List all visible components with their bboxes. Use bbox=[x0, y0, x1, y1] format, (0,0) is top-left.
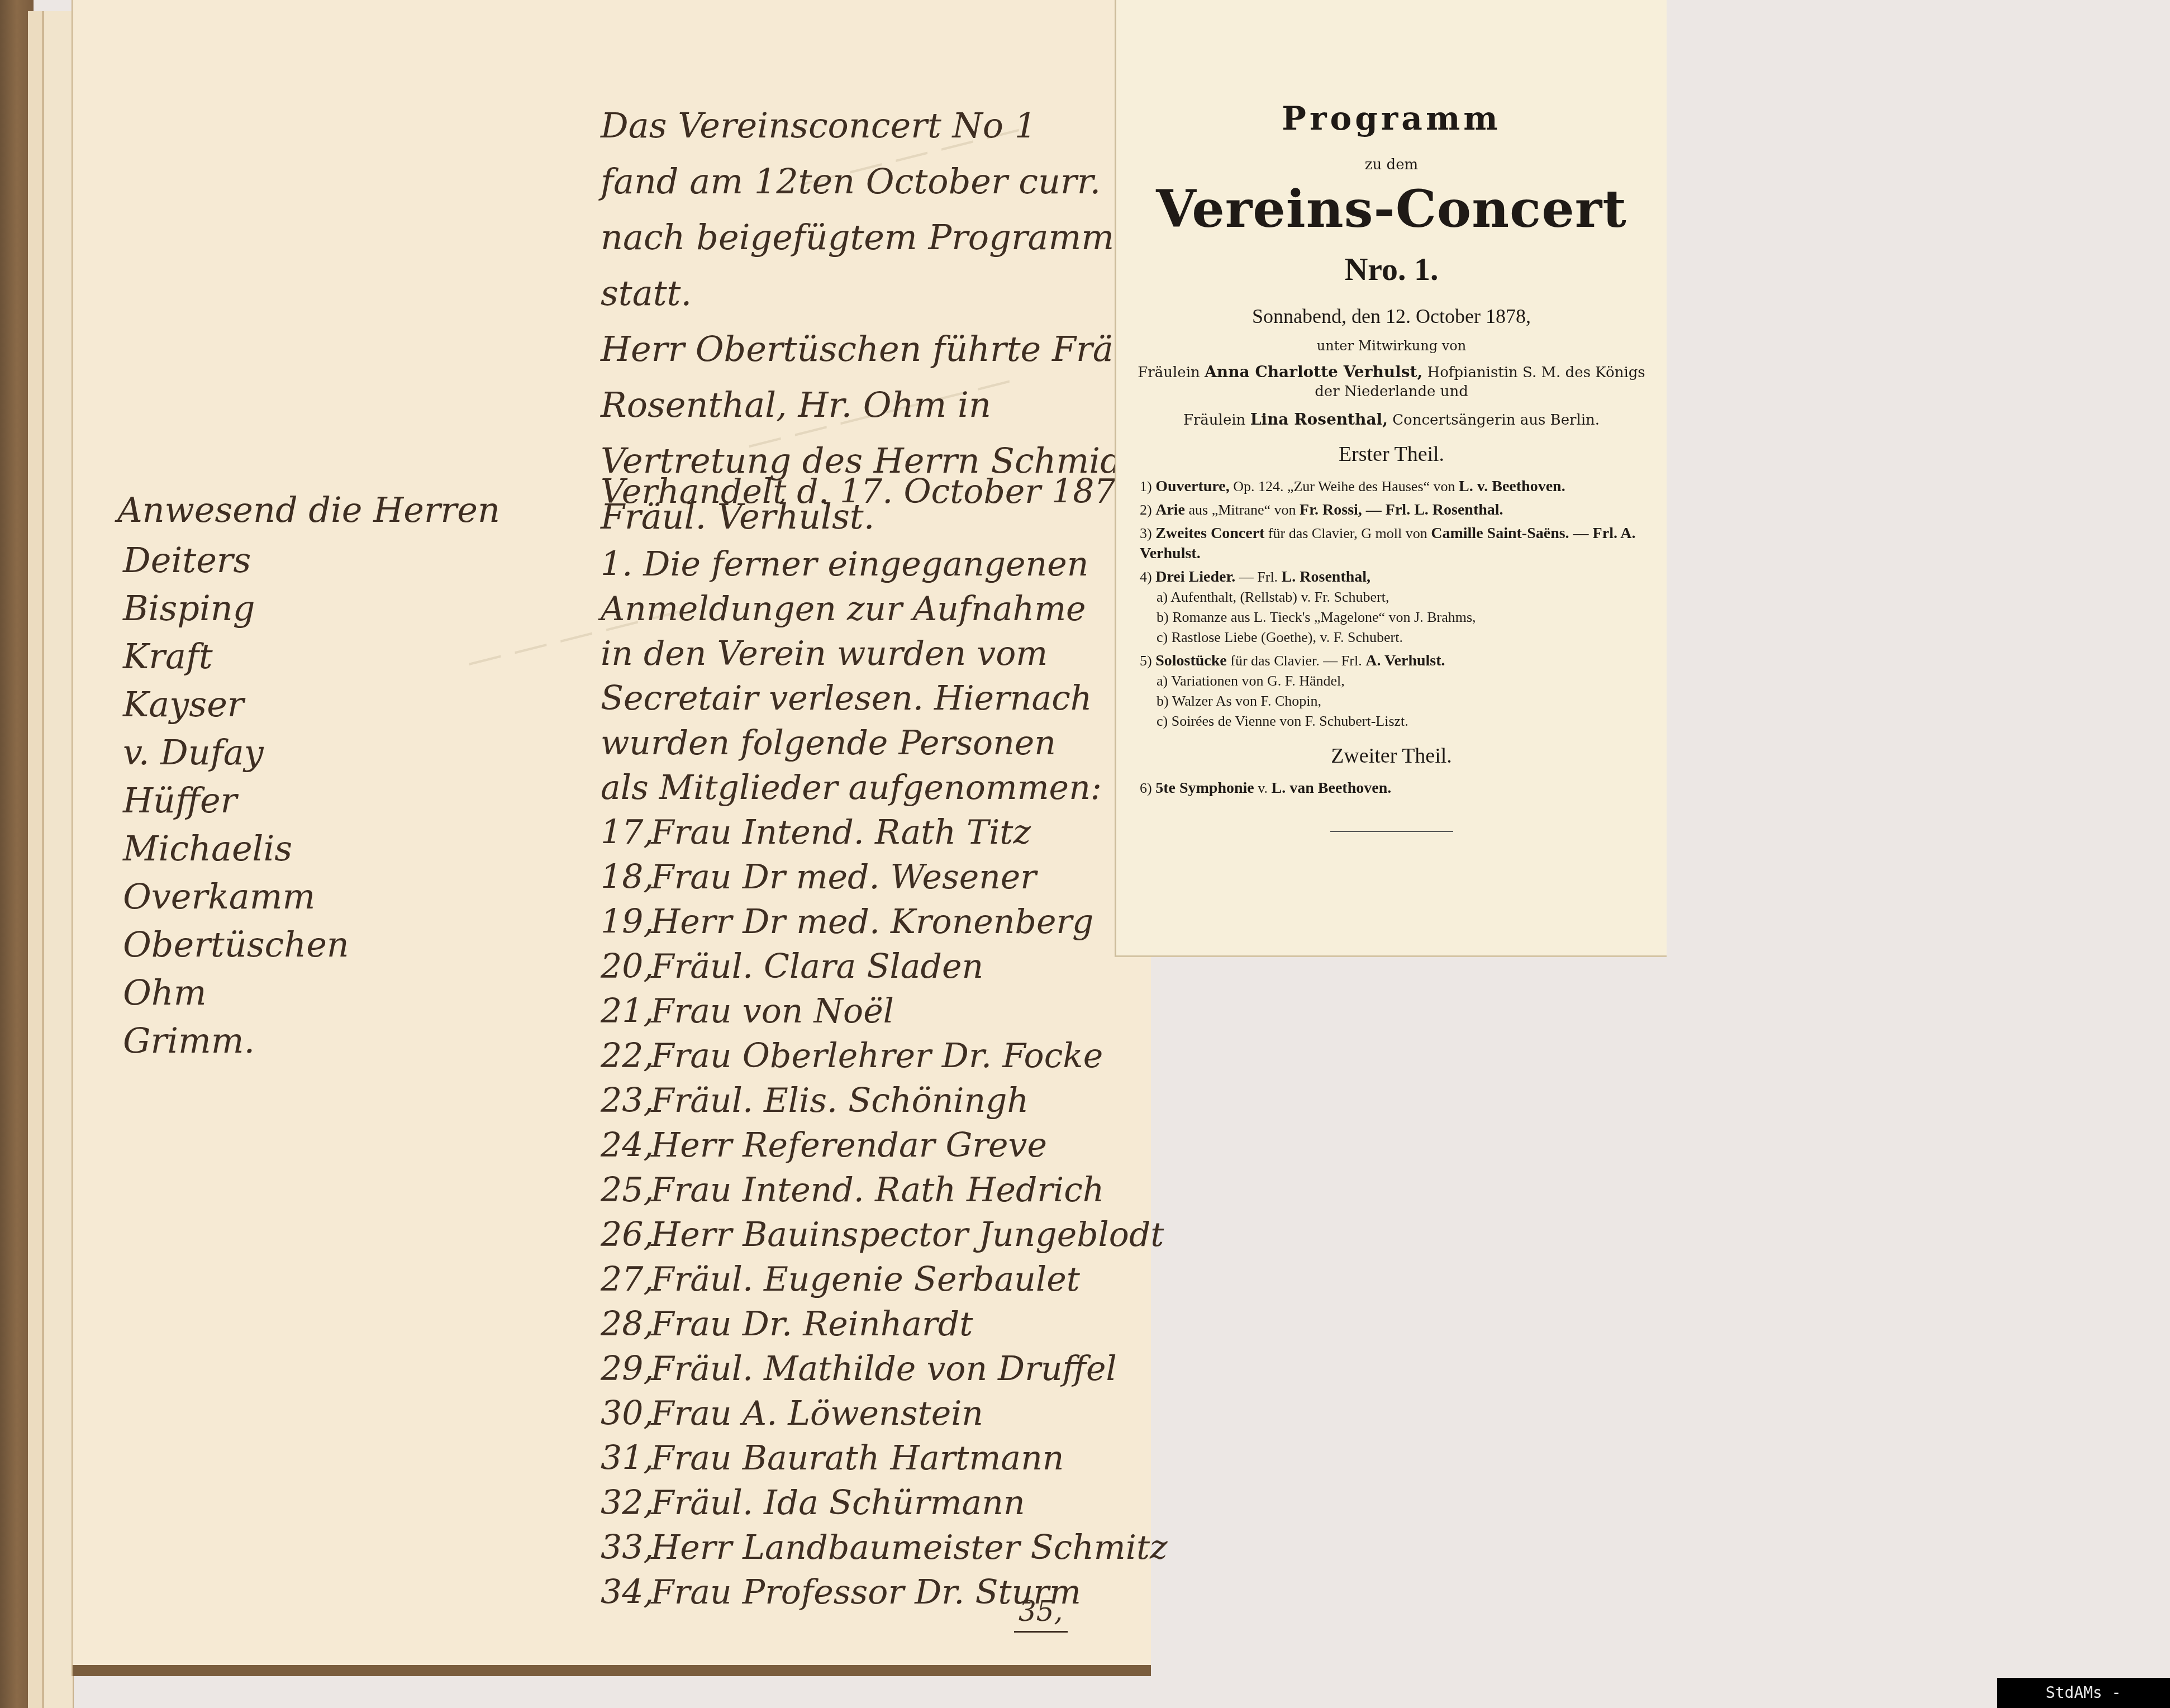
member-number: 18, bbox=[601, 855, 651, 900]
member-row: 21,Frau von Noël bbox=[601, 989, 1103, 1034]
protocol-date: Verhandelt d. 17. October 1878 bbox=[601, 464, 1103, 520]
attendee: Michaelis bbox=[117, 825, 500, 873]
member-name: Frau Intend. Rath Titz bbox=[651, 813, 1031, 852]
program-item: 3) Zweites Concert für das Clavier, G mo… bbox=[1140, 524, 1648, 564]
member-row: 33,Herr Landbaumeister Schmitz bbox=[601, 1525, 1103, 1570]
program-items-part2: 6) 5te Symphonie v. L. van Beethoven. bbox=[1116, 778, 1667, 798]
artist-verhulst: Fräulein Anna Charlotte Verhulst, Hofpia… bbox=[1116, 363, 1667, 401]
member-name: Frau von Noël bbox=[651, 992, 894, 1031]
member-list: 17,Frau Intend. Rath Titz 18,Frau Dr med… bbox=[601, 810, 1103, 1615]
member-number: 17, bbox=[601, 810, 651, 855]
artist-name: Lina Rosenthal, bbox=[1250, 410, 1388, 429]
program-item: 2) Arie aus „Mitrane“ von Fr. Rossi, — F… bbox=[1140, 500, 1648, 520]
member-number: 27, bbox=[601, 1257, 651, 1302]
member-name: Fräul. Ida Schürmann bbox=[651, 1483, 1025, 1523]
attendance-header: Anwesend die Herren bbox=[117, 486, 500, 534]
member-row: 25,Frau Intend. Rath Hedrich bbox=[601, 1168, 1103, 1212]
page-edges bbox=[28, 11, 74, 1708]
member-row: 32,Fräul. Ida Schürmann bbox=[601, 1481, 1103, 1525]
attendee: Deiters bbox=[117, 536, 500, 584]
member-number: 30, bbox=[601, 1391, 651, 1436]
member-row: 17,Frau Intend. Rath Titz bbox=[601, 810, 1103, 855]
member-name: Herr Dr med. Kronenberg bbox=[651, 902, 1094, 941]
member-row: 20,Fräul. Clara Sladen bbox=[601, 944, 1103, 989]
protocol-line: als Mitglieder aufgenommen: bbox=[601, 765, 1103, 810]
protocol-line: wurden folgende Personen bbox=[601, 721, 1103, 765]
attendee: Kayser bbox=[117, 681, 500, 729]
program-divider bbox=[1330, 831, 1453, 832]
member-row: 23,Fräul. Elis. Schöningh bbox=[601, 1078, 1103, 1123]
member-number: 24, bbox=[601, 1123, 651, 1168]
program-item: 1) Ouverture, Op. 124. „Zur Weihe des Ha… bbox=[1140, 477, 1648, 497]
member-name: Frau Oberlehrer Dr. Focke bbox=[651, 1036, 1103, 1076]
program-items: 1) Ouverture, Op. 124. „Zur Weihe des Ha… bbox=[1116, 477, 1667, 731]
member-number: 25, bbox=[601, 1168, 651, 1212]
artist-prefix: Fräulein bbox=[1138, 364, 1200, 381]
program-subitem: a) Variationen von G. F. Händel, bbox=[1140, 671, 1648, 691]
attendee: Obertüschen bbox=[117, 921, 500, 969]
program-item: 6) 5te Symphonie v. L. van Beethoven. bbox=[1140, 778, 1648, 798]
member-number: 20, bbox=[601, 944, 651, 989]
member-number: 23, bbox=[601, 1078, 651, 1123]
artist-description: Concertsängerin aus Berlin. bbox=[1392, 412, 1600, 429]
note-line: Das Vereinsconcert No 1 bbox=[601, 98, 1103, 154]
member-name: Frau A. Löwenstein bbox=[651, 1394, 983, 1433]
member-row: 29,Fräul. Mathilde von Druffel bbox=[601, 1347, 1103, 1391]
protocol-line: 1. Die ferner eingegangenen bbox=[601, 542, 1103, 587]
member-number: 34, bbox=[601, 1570, 651, 1615]
part-two-heading: Zweiter Theil. bbox=[1116, 744, 1667, 768]
member-row: 19,Herr Dr med. Kronenberg bbox=[601, 900, 1103, 944]
meeting-protocol: Verhandelt d. 17. October 1878 1. Die fe… bbox=[601, 464, 1103, 1615]
member-row: 30,Frau A. Löwenstein bbox=[601, 1391, 1103, 1436]
member-row: 26,Herr Bauinspector Jungeblodt bbox=[601, 1212, 1103, 1257]
member-name: Herr Landbaumeister Schmitz bbox=[651, 1528, 1168, 1567]
member-name: Fräul. Elis. Schöningh bbox=[651, 1081, 1029, 1120]
member-name: Fräul. Clara Sladen bbox=[651, 947, 983, 986]
member-number: 22, bbox=[601, 1034, 651, 1078]
program-subitem: b) Walzer As von F. Chopin, bbox=[1140, 691, 1648, 711]
concert-program-leaflet: Programm zu dem Vereins-Concert Nro. 1. … bbox=[1115, 0, 1667, 957]
artist-prefix: Fräulein bbox=[1183, 412, 1245, 429]
member-name: Fräul. Mathilde von Druffel bbox=[651, 1349, 1117, 1388]
program-subitem: b) Romanze aus L. Tieck's „Magelone“ von… bbox=[1140, 607, 1648, 627]
member-number: 29, bbox=[601, 1347, 651, 1391]
member-total: 35, bbox=[1014, 1595, 1068, 1633]
program-subitem: a) Aufenthalt, (Rellstab) v. Fr. Schuber… bbox=[1140, 587, 1648, 607]
program-subitem: c) Rastlose Liebe (Goethe), v. F. Schube… bbox=[1140, 627, 1648, 648]
member-name: Frau Baurath Hartmann bbox=[651, 1439, 1064, 1478]
artist-rosenthal: Fräulein Lina Rosenthal, Concertsängerin… bbox=[1116, 410, 1667, 430]
collaboration-label: unter Mitwirkung von bbox=[1116, 338, 1667, 354]
attendance-list: Anwesend die Herren Deiters Bisping Kraf… bbox=[117, 486, 500, 1065]
program-subitem: c) Soirées de Vienne von F. Schubert-Lis… bbox=[1140, 711, 1648, 731]
member-number: 32, bbox=[601, 1481, 651, 1525]
archive-label: StdAMs - MV_003_009 bbox=[1997, 1678, 2170, 1708]
attendee: Hüffer bbox=[117, 777, 500, 825]
member-number: 26, bbox=[601, 1212, 651, 1257]
note-line: Herr Obertüschen führte Fräul. bbox=[601, 321, 1103, 377]
member-row: 24,Herr Referendar Greve bbox=[601, 1123, 1103, 1168]
member-row: 18,Frau Dr med. Wesener bbox=[601, 855, 1103, 900]
program-item: 5) Solostücke für das Clavier. — Frl. A.… bbox=[1140, 651, 1648, 731]
attendee: v. Dufay bbox=[117, 729, 500, 777]
program-subtitle: zu dem bbox=[1116, 156, 1667, 173]
member-number: 33, bbox=[601, 1525, 651, 1570]
note-line: Rosenthal, Hr. Ohm in bbox=[601, 377, 1103, 433]
attendee: Bisping bbox=[117, 584, 500, 632]
member-name: Frau Intend. Rath Hedrich bbox=[651, 1171, 1104, 1210]
part-one-heading: Erster Theil. bbox=[1116, 442, 1667, 467]
protocol-line: in den Verein wurden vom bbox=[601, 631, 1103, 676]
member-row: 31,Frau Baurath Hartmann bbox=[601, 1436, 1103, 1481]
attendee: Kraft bbox=[117, 632, 500, 681]
member-name: Fräul. Eugenie Serbaulet bbox=[651, 1260, 1080, 1299]
member-name: Frau Dr med. Wesener bbox=[651, 858, 1036, 897]
concert-number: Nro. 1. bbox=[1116, 250, 1667, 288]
member-number: 19, bbox=[601, 900, 651, 944]
member-number: 21, bbox=[601, 989, 651, 1034]
member-name: Herr Bauinspector Jungeblodt bbox=[651, 1215, 1164, 1254]
artist-name: Anna Charlotte Verhulst, bbox=[1205, 363, 1422, 381]
attendee: Ohm bbox=[117, 969, 500, 1017]
member-name: Herr Referendar Greve bbox=[651, 1126, 1047, 1165]
member-row: 28,Frau Dr. Reinhardt bbox=[601, 1302, 1103, 1347]
member-name: Frau Dr. Reinhardt bbox=[651, 1305, 973, 1344]
note-line: nach beigefügtem Programm bbox=[601, 210, 1103, 265]
concert-title: Vereins-Concert bbox=[1116, 179, 1667, 239]
attendee: Grimm. bbox=[117, 1017, 500, 1065]
program-title: Programm bbox=[1116, 99, 1667, 137]
protocol-line: Anmeldungen zur Aufnahme bbox=[601, 587, 1103, 631]
concert-date: Sonnabend, den 12. October 1878, bbox=[1116, 305, 1667, 328]
note-line: fand am 12ten October curr. bbox=[601, 154, 1103, 210]
member-number: 28, bbox=[601, 1302, 651, 1347]
program-item: 4) Drei Lieder. — Frl. L. Rosenthal, a) … bbox=[1140, 567, 1648, 648]
member-row: 22,Frau Oberlehrer Dr. Focke bbox=[601, 1034, 1103, 1078]
member-row: 27,Fräul. Eugenie Serbaulet bbox=[601, 1257, 1103, 1302]
member-number: 31, bbox=[601, 1436, 651, 1481]
attendee: Overkamm bbox=[117, 873, 500, 921]
note-line: statt. bbox=[601, 265, 1103, 321]
protocol-line: Secretair verlesen. Hiernach bbox=[601, 676, 1103, 721]
